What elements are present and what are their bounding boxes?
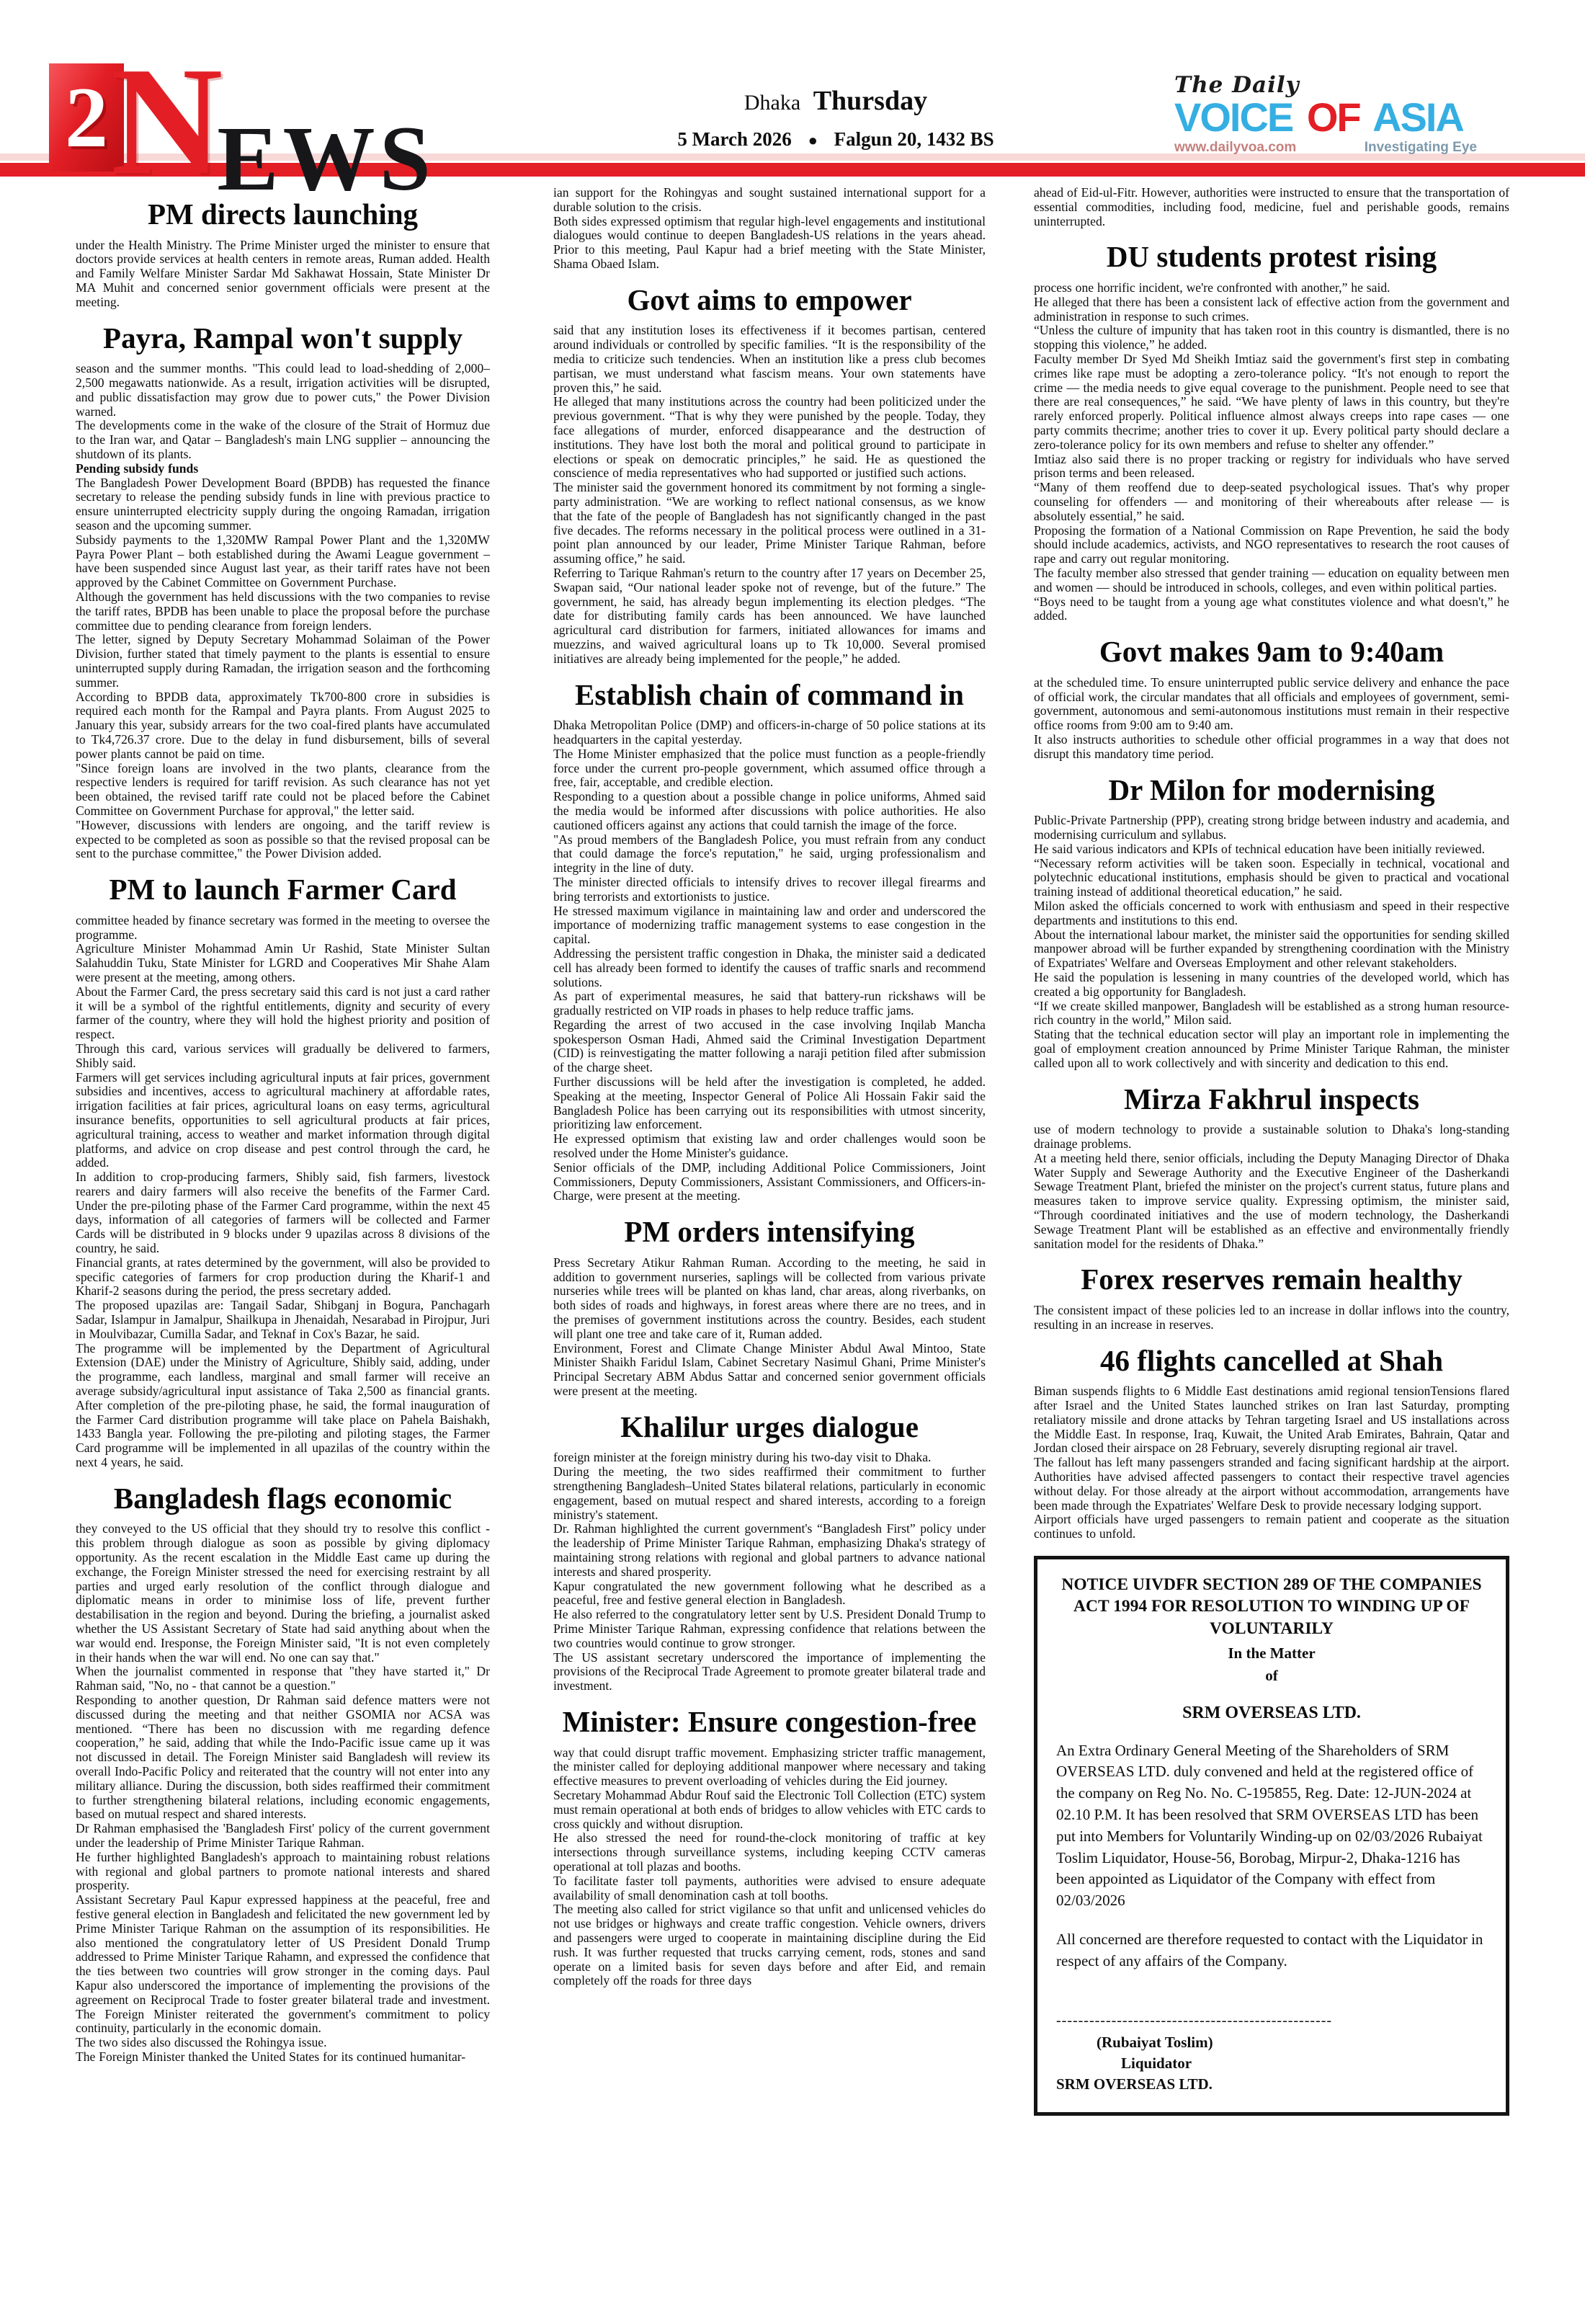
article-paragraph: He also stressed the need for round-the-… [553,1831,986,1874]
article: Govt makes 9am to 9:40amat the scheduled… [1034,636,1509,761]
dateline-city: Dhaka [744,91,800,115]
article-paragraph: Press Secretary Atikur Rahman Ruman. Acc… [553,1256,986,1342]
article-headline: Govt makes 9am to 9:40am [1034,636,1509,667]
article-paragraph: Biman suspends flights to 6 Middle East … [1034,1384,1509,1456]
article-paragraph: Financial grants, at rates determined by… [76,1256,490,1299]
article-headline: PM to launch Farmer Card [76,874,490,905]
article-paragraph: way that could disrupt traffic movement.… [553,1746,986,1789]
article-paragraph: Secretary Mohammad Abdur Rouf said the E… [553,1789,986,1831]
article-headline: Minister: Ensure congestion-free [553,1706,986,1737]
article-paragraph: Both sides expressed optimism that regul… [553,215,986,272]
article: ian support for the Rohingyas and sought… [553,186,986,272]
article-paragraph: Through this card, various services will… [76,1042,490,1071]
brand-voice-of-asia: VOICE OF ASIA [1174,98,1477,137]
article-paragraph: "However, discussions with lenders are o… [76,819,490,861]
article-paragraph: The meeting also called for strict vigil… [553,1902,986,1988]
article-paragraph: About the Farmer Card, the press secreta… [76,985,490,1042]
article-paragraph: He also referred to the congratulatory l… [553,1608,986,1650]
dateline-bullet-icon: ● [808,131,818,149]
article: ahead of Eid-ul-Fitr. However, authoriti… [1034,186,1509,228]
dateline-day: Thursday [813,86,927,116]
dateline: Dhaka Thursday 5 March 2026 ● Falgun 20,… [634,85,1037,151]
article-paragraph: Dr Rahman emphasised the 'Bangladesh Fir… [76,1822,490,1851]
article: Forex reserves remain healthyThe consist… [1034,1264,1509,1332]
article-paragraph: Assistant Secretary Paul Kapur expressed… [76,1893,490,2036]
article: PM to launch Farmer Cardcommittee headed… [76,874,490,1470]
article-paragraph: The fallout has left many passengers str… [1034,1456,1509,1513]
brand-voice: VOICE [1174,94,1292,140]
article-paragraph: The Foreign Minister thanked the United … [76,2050,490,2065]
article-paragraph: Proposing the formation of a National Co… [1034,524,1509,566]
article-paragraph: The consistent impact of these policies … [1034,1304,1509,1332]
article-paragraph: Dr. Rahman highlighted the current gover… [553,1522,986,1579]
article: Payra, Rampal won't supplyseason and the… [76,323,490,862]
news-logo-ews: EWS [217,112,435,205]
article-paragraph: Imtiaz also said there is no proper trac… [1034,453,1509,481]
article-paragraph: under the Health Ministry. The Prime Min… [76,239,490,310]
news-column-3: ahead of Eid-ul-Fitr. However, authoriti… [1034,186,1509,2116]
notice-paragraph: An Extra Ordinary General Meeting of the… [1056,1740,1487,1913]
article-paragraph: said that any institution loses its effe… [553,324,986,395]
article-paragraph: The letter, signed by Deputy Secretary M… [76,633,490,690]
article-paragraph: "Since foreign loans are involved in the… [76,762,490,819]
article-paragraph: "As proud members of the Bangladesh Poli… [553,833,986,876]
article-headline: DU students protest rising [1034,241,1509,272]
article-headline: Khalilur urges dialogue [553,1412,986,1443]
article: 46 flights cancelled at ShahBiman suspen… [1034,1345,1509,1541]
article-paragraph: At a meeting held there, senior official… [1034,1152,1509,1252]
brand-asia: ASIA [1372,94,1463,140]
article-paragraph: The Home Minister emphasized that the po… [553,747,986,790]
article-paragraph: According to BPDB data, approximately Tk… [76,690,490,762]
article-paragraph: Subsidy payments to the 1,320MW Rampal P… [76,533,490,590]
article-paragraph: Addressing the persistent traffic conges… [553,947,986,989]
dateline-date: 5 March 2026 [677,128,791,150]
dateline-bangla-date: Falgun 20, 1432 BS [834,128,994,150]
newspaper-section-logo: 2 N EWS [49,63,435,205]
article: Mirza Fakhrul inspectsuse of modern tech… [1034,1084,1509,1252]
article-paragraph: He alleged that many institutions across… [553,395,986,481]
article-paragraph: “If we create skilled manpower, Banglade… [1034,1000,1509,1028]
notice-matter-line: of [1056,1667,1487,1685]
article-paragraph: During the meeting, the two sides reaffi… [553,1465,986,1522]
article: Minister: Ensure congestion-freeway that… [553,1706,986,1988]
notice-box: NOTICE UIVDFR SECTION 289 OF THE COMPANI… [1034,1556,1509,2116]
article-paragraph: Further discussions will be held after t… [553,1075,986,1132]
article-paragraph: The Bangladesh Power Development Board (… [76,476,490,533]
article-headline: Dr Milon for modernising [1034,775,1509,806]
article-paragraph: It also instructs authorities to schedul… [1034,733,1509,762]
article-paragraph: He said the population is lessening in m… [1034,971,1509,1000]
article-headline: Govt aims to empower [553,285,986,316]
article: Dr Milon for modernisingPublic-Private P… [1034,775,1509,1071]
article-paragraph: Although the government has held discuss… [76,590,490,633]
article-paragraph: “Unless the culture of impunity that has… [1034,324,1509,352]
article-paragraph: He said various indicators and KPIs of t… [1034,842,1509,857]
notice-title: NOTICE UIVDFR SECTION 289 OF THE COMPANI… [1056,1574,1487,1640]
brand-of: OF [1307,94,1360,140]
brand-tagline: Investigating Eye [1365,140,1477,156]
notice-matter-line: In the Matter [1056,1644,1487,1662]
article-paragraph: The faculty member also stressed that ge… [1034,566,1509,595]
article: Khalilur urges dialogueforeign minister … [553,1412,986,1693]
article-paragraph: As part of experimental measures, he sai… [553,989,986,1018]
article-paragraph: Responding to another question, Dr Rahma… [76,1693,490,1822]
article-headline: Payra, Rampal won't supply [76,323,490,354]
article-paragraph: The proposed upazilas are: Tangail Sadar… [76,1299,490,1341]
notice-signatory-role: Liquidator [1056,2054,1487,2073]
article-paragraph: The US assistant secretary underscored t… [553,1651,986,1693]
article: Bangladesh flags economicthey conveyed t… [76,1483,490,2065]
article-paragraph: “Many of them reoffend due to deep-seate… [1034,481,1509,523]
news-column-1: PM directs launchingunder the Health Min… [76,186,490,2116]
article-paragraph: Regarding the arrest of two accused in t… [553,1018,986,1075]
article-paragraph: Milon asked the officials concerned to w… [1034,899,1509,928]
newspaper-brand-logo: The Daily VOICE OF ASIA www.dailyvoa.com… [1174,72,1477,156]
article-subhead: Pending subsidy funds [76,462,490,476]
article-paragraph: Referring to Tarique Rahman's return to … [553,566,986,667]
article-paragraph: Environment, Forest and Climate Change M… [553,1342,986,1399]
article-paragraph: at the scheduled time. To ensure uninter… [1034,676,1509,733]
news-column-2: ian support for the Rohingyas and sought… [553,186,986,2116]
article: Govt aims to empowersaid that any instit… [553,285,986,667]
article-paragraph: About the international labour market, t… [1034,928,1509,971]
news-columns: PM directs launchingunder the Health Min… [76,186,1509,2116]
article-paragraph: He further highlighted Bangladesh's appr… [76,1851,490,1893]
article-paragraph: The two sides also discussed the Rohingy… [76,2036,490,2050]
article-paragraph: The minister directed officials to inten… [553,876,986,904]
article-paragraph: they conveyed to the US official that th… [76,1522,490,1665]
article-paragraph: Faculty member Dr Syed Md Sheikh Imtiaz … [1034,352,1509,453]
article-paragraph: “Necessary reform activities will be tak… [1034,857,1509,899]
article-paragraph: The minister said the government honored… [553,481,986,566]
article: PM directs launchingunder the Health Min… [76,199,490,310]
article-paragraph: ahead of Eid-ul-Fitr. However, authoriti… [1034,186,1509,228]
article-headline: PM orders intensifying [553,1216,986,1247]
article-paragraph: season and the summer months. "This coul… [76,362,490,419]
newspaper-page: 2 N EWS Dhaka Thursday 5 March 2026 ● Fa… [0,0,1585,2324]
article-paragraph: When the journalist commented in respons… [76,1665,490,1693]
article-paragraph: He expressed optimism that existing law … [553,1132,986,1161]
article-paragraph: Airport officials have urged passengers … [1034,1513,1509,1541]
article-paragraph: He stressed maximum vigilance in maintai… [553,904,986,947]
article-paragraph: foreign minister at the foreign ministry… [553,1451,986,1465]
article-paragraph: Public-Private Partnership (PPP), creati… [1034,814,1509,842]
article-headline: Forex reserves remain healthy [1034,1264,1509,1295]
article: PM orders intensifyingPress Secretary At… [553,1216,986,1399]
article-paragraph: The programme will be implemented by the… [76,1342,490,1470]
article-paragraph: Farmers will get services including agri… [76,1071,490,1171]
article-paragraph: committee headed by finance secretary wa… [76,914,490,943]
article-headline: Establish chain of command in [553,680,986,711]
notice-signatory-company: SRM OVERSEAS LTD. [1056,2075,1487,2093]
notice-signatory-name: (Rubaiyat Toslim) [1056,2034,1487,2052]
article-paragraph: To facilitate faster toll payments, auth… [553,1874,986,1903]
article-headline: Mirza Fakhrul inspects [1034,1084,1509,1115]
article-paragraph: In addition to crop-producing farmers, S… [76,1170,490,1256]
brand-url: www.dailyvoa.com [1174,140,1296,156]
news-logo-n: N [111,63,223,179]
article-paragraph: He alleged that there has been a consist… [1034,295,1509,324]
article-paragraph: process one horrific incident, we're con… [1034,281,1509,295]
article: DU students protest risingprocess one ho… [1034,241,1509,623]
article-paragraph: Agriculture Minister Mohammad Amin Ur Ra… [76,942,490,984]
article-paragraph: “Boys need to be taught from a young age… [1034,595,1509,624]
article-paragraph: Responding to a question about a possibl… [553,790,986,832]
notice-signature-separator: ----------------------------------------… [1056,2013,1487,2029]
article-paragraph: Dhaka Metropolitan Police (DMP) and offi… [553,718,986,747]
article-paragraph: ian support for the Rohingyas and sought… [553,186,986,215]
article-paragraph: use of modern technology to provide a su… [1034,1123,1509,1152]
article-paragraph: Kapur congratulated the new government f… [553,1580,986,1608]
article-paragraph: Senior officials of the DMP, including A… [553,1161,986,1203]
notice-company: SRM OVERSEAS LTD. [1056,1704,1487,1723]
article-paragraph: Stating that the technical education sec… [1034,1028,1509,1070]
article: Establish chain of command inDhaka Metro… [553,680,986,1204]
article-headline: 46 flights cancelled at Shah [1034,1345,1509,1376]
article-paragraph: The developments come in the wake of the… [76,419,490,461]
notice-paragraph: All concerned are therefore requested to… [1056,1929,1487,1972]
article-headline: Bangladesh flags economic [76,1483,490,1514]
